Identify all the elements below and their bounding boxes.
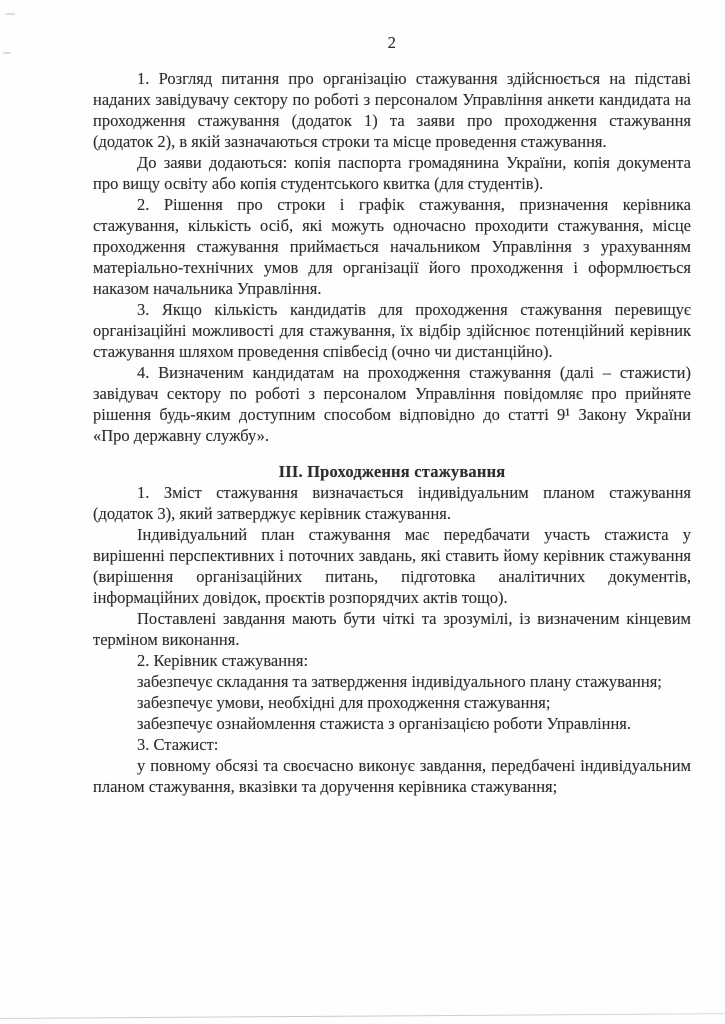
scan-artifact	[3, 52, 11, 54]
paragraph: До заяви додаються: копія паспорта грома…	[93, 152, 691, 194]
paragraph: забезпечує ознайомлення стажиста з орган…	[93, 713, 691, 734]
paragraph: 1. Розгляд питання про організацію стажу…	[93, 68, 691, 152]
paragraph: 3. Якщо кількість кандидатів для проходж…	[93, 299, 691, 362]
paragraph: забезпечує умови, необхідні для проходже…	[93, 692, 691, 713]
paragraph: 3. Стажист:	[93, 734, 691, 755]
paragraph: 4. Визначеним кандидатам на проходження …	[93, 362, 691, 446]
paragraph: 2. Рішення про строки і графік стажуванн…	[93, 194, 691, 299]
paragraph: 2. Керівник стажування:	[93, 650, 691, 671]
paragraph: 1. Зміст стажування визначається індивід…	[93, 482, 691, 524]
paragraph: Поставлені завдання мають бути чіткі та …	[93, 608, 691, 650]
page-number: 2	[93, 32, 691, 53]
scanned-document-page: 2 1. Розгляд питання про організацію ста…	[0, 0, 725, 1024]
text-block: 2 1. Розгляд питання про організацію ста…	[93, 32, 691, 797]
scan-edge-artifact	[0, 1013, 725, 1019]
section-heading: ІІІ. Проходження стажування	[93, 461, 691, 482]
paragraph: Індивідуальний план стажування має перед…	[93, 524, 691, 608]
scan-artifact	[5, 13, 15, 15]
paragraph: у повному обсязі та своєчасно виконує за…	[93, 755, 691, 797]
paragraph: забезпечує складання та затвердження інд…	[93, 671, 691, 692]
